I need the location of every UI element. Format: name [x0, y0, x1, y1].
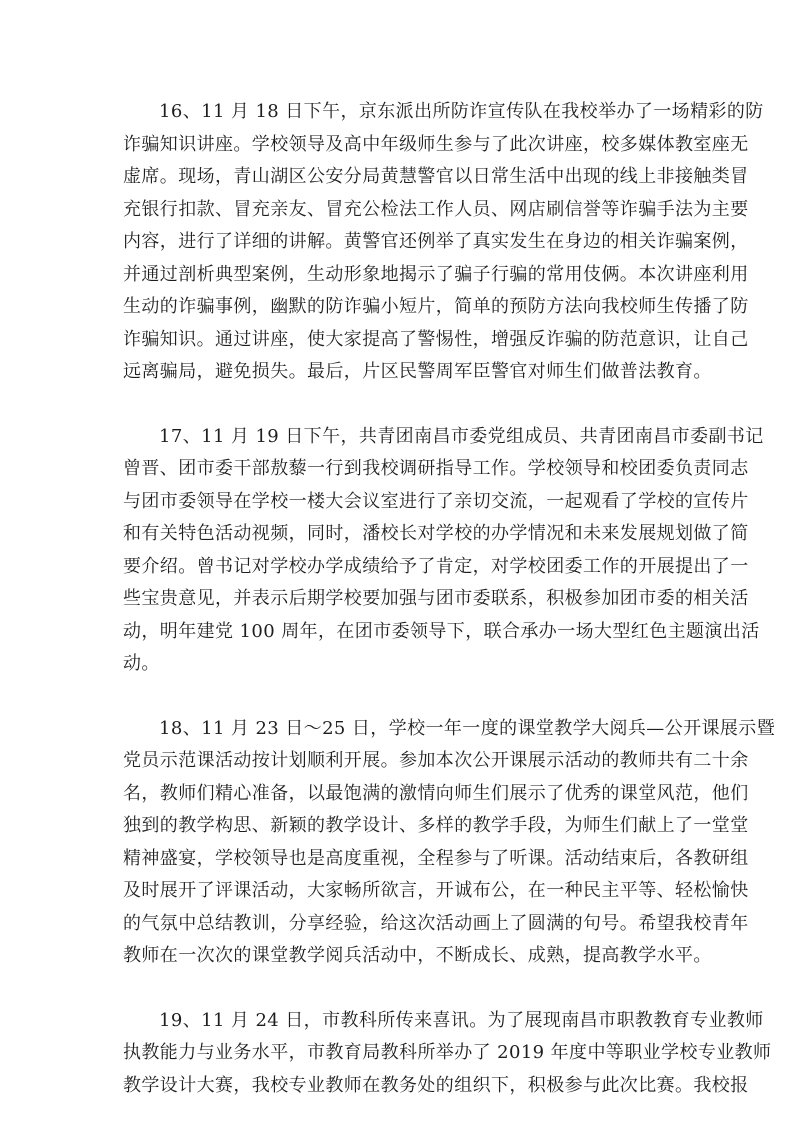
- document-page: 16、11 月 18 日下午，京东派出所防诈宣传队在我校举办了一场精彩的防 诈骗…: [0, 0, 800, 1131]
- document-body: 16、11 月 18 日下午，京东派出所防诈宣传队在我校举办了一场精彩的防 诈骗…: [123, 96, 673, 1131]
- text-line: 诈骗知识。通过讲座，使大家提高了警惕性，增强反诈骗的防范意识，让自己: [123, 324, 673, 357]
- paragraph-18: 18、11 月 23 日～25 日，学校一年一度的课堂教学大阅兵—公开课展示暨 …: [123, 713, 673, 973]
- text-line: 内容，进行了详细的讲解。黄警官还例举了真实发生在身边的相关诈骗案例，: [123, 226, 673, 259]
- text-line: 党员示范课活动按计划顺利开展。参加本次公开课展示活动的教师共有二十余: [123, 745, 673, 778]
- text-line: 执教能力与业务水平，市教育局教科所举办了 2019 年度中等职业学校专业教师: [123, 1037, 673, 1070]
- text-line: 教学设计大赛，我校专业教师在教务处的组织下，积极参与此次比赛。我校报: [123, 1070, 673, 1103]
- text-line: 19、11 月 24 日，市教科所传来喜讯。为了展现南昌市职教教育专业教师: [123, 1005, 673, 1038]
- text-line: 教师在一次次的课堂教学阅兵活动中，不断成长、成熟，提高教学水平。: [123, 940, 673, 973]
- text-line: 要介绍。曾书记对学校办学成绩给予了肯定，对学校团委工作的开展提出了一: [123, 551, 673, 584]
- text-line: 名，教师们精心准备，以最饱满的激情向师生们展示了优秀的课堂风范，他们: [123, 778, 673, 811]
- text-line: 16、11 月 18 日下午，京东派出所防诈宣传队在我校举办了一场精彩的防: [123, 96, 673, 129]
- text-line: 动。: [123, 648, 673, 681]
- text-line: 动，明年建党 100 周年，在团市委领导下，联合承办一场大型红色主题演出活: [123, 616, 673, 649]
- text-line: 曾晋、团市委干部敖藜一行到我校调研指导工作。学校领导和校团委负责同志: [123, 453, 673, 486]
- text-line: 并通过剖析典型案例，生动形象地揭示了骗子行骗的常用伎俩。本次讲座利用: [123, 259, 673, 292]
- text-line: 及时展开了评课活动，大家畅所欲言，开诚布公，在一种民主平等、轻松愉快: [123, 875, 673, 908]
- text-line: 与团市委领导在学校一楼大会议室进行了亲切交流，一起观看了学校的宣传片: [123, 486, 673, 519]
- text-line: 虚席。现场，青山湖区公安分局黄慧警官以日常生活中出现的线上非接触类冒: [123, 161, 673, 194]
- text-line: 独到的教学构思、新颖的教学设计、多样的教学手段，为师生们献上了一堂堂: [123, 810, 673, 843]
- text-line: 的气氛中总结教训，分享经验，给这次活动画上了圆满的句号。希望我校青年: [123, 908, 673, 941]
- text-line: 和有关特色活动视频，同时，潘校长对学校的办学情况和未来发展规划做了简: [123, 518, 673, 551]
- text-line: 17、11 月 19 日下午，共青团南昌市委党组成员、共青团南昌市委副书记: [123, 421, 673, 454]
- text-line: 些宝贵意见，并表示后期学校要加强与团市委联系，积极参加团市委的相关活: [123, 583, 673, 616]
- text-line: 精神盛宴，学校领导也是高度重视，全程参与了听课。活动结束后，各教研组: [123, 843, 673, 876]
- paragraph-17: 17、11 月 19 日下午，共青团南昌市委党组成员、共青团南昌市委副书记 曾晋…: [123, 421, 673, 681]
- text-line: 远离骗局，避免损失。最后，片区民警周军臣警官对师生们做普法教育。: [123, 356, 673, 389]
- paragraph-19: 19、11 月 24 日，市教科所传来喜讯。为了展现南昌市职教教育专业教师 执教…: [123, 1005, 673, 1103]
- text-line: 充银行扣款、冒充亲友、冒充公检法工作人员、网店刷信誉等诈骗手法为主要: [123, 194, 673, 227]
- text-line: 18、11 月 23 日～25 日，学校一年一度的课堂教学大阅兵—公开课展示暨: [123, 713, 673, 746]
- text-line: 生动的诈骗事例，幽默的防诈骗小短片，简单的预防方法向我校师生传播了防: [123, 291, 673, 324]
- paragraph-16: 16、11 月 18 日下午，京东派出所防诈宣传队在我校举办了一场精彩的防 诈骗…: [123, 96, 673, 389]
- text-line: 诈骗知识讲座。学校领导及高中年级师生参与了此次讲座，校多媒体教室座无: [123, 129, 673, 162]
